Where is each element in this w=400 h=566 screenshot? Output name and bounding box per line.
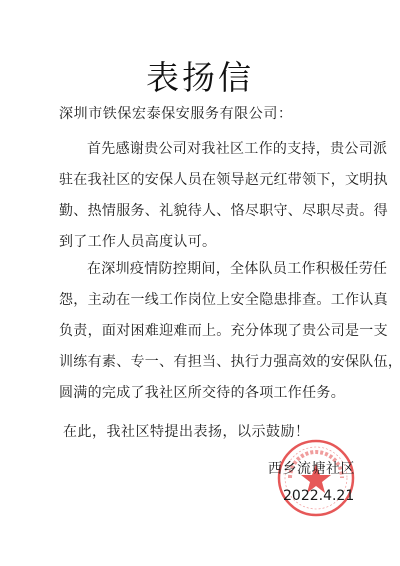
paragraph-line: 负责，面对困难迎难而上。充分体现了贵公司是一支 (59, 316, 340, 347)
paragraph-line: 训练有素、专一、有担当、执行力强高效的安保队伍， (59, 347, 340, 378)
paragraph-line: 怨，主动在一线工作岗位上安全隐患排查。工作认真 (59, 285, 340, 316)
paragraph-1: 首先感谢贵公司对我社区工作的支持，贵公司派 驻在我社区的安保人员在领导赵元红带领… (59, 134, 340, 258)
paragraph-line: 驻在我社区的安保人员在领导赵元红带领下，文明执 (59, 165, 340, 196)
letter-title: 表扬信 (0, 52, 400, 99)
paragraph-line: 首先感谢贵公司对我社区工作的支持，贵公司派 (59, 134, 340, 165)
letter-date: 2022.4.21 (283, 488, 354, 504)
closing-remark: 在此，我社区特提出表扬，以示鼓励！ (63, 421, 310, 441)
signer-name: 西乡流塘社区 (268, 458, 355, 478)
paragraph-2: 在深圳疫情防控期间，全体队员工作积极任劳任 怨，主动在一线工作岗位上安全隐患排查… (59, 254, 340, 409)
salutation: 深圳市铁保宏泰保安服务有限公司： (59, 103, 293, 123)
paragraph-line: 勤、热情服务、礼貌待人、恪尽职守、尽职尽责。得 (59, 196, 340, 227)
paragraph-line: 在深圳疫情防控期间，全体队员工作积极任劳任 (59, 254, 340, 285)
paragraph-line: 圆满的完成了我社区所交待的各项工作任务。 (59, 378, 340, 409)
official-seal-icon (276, 438, 356, 518)
